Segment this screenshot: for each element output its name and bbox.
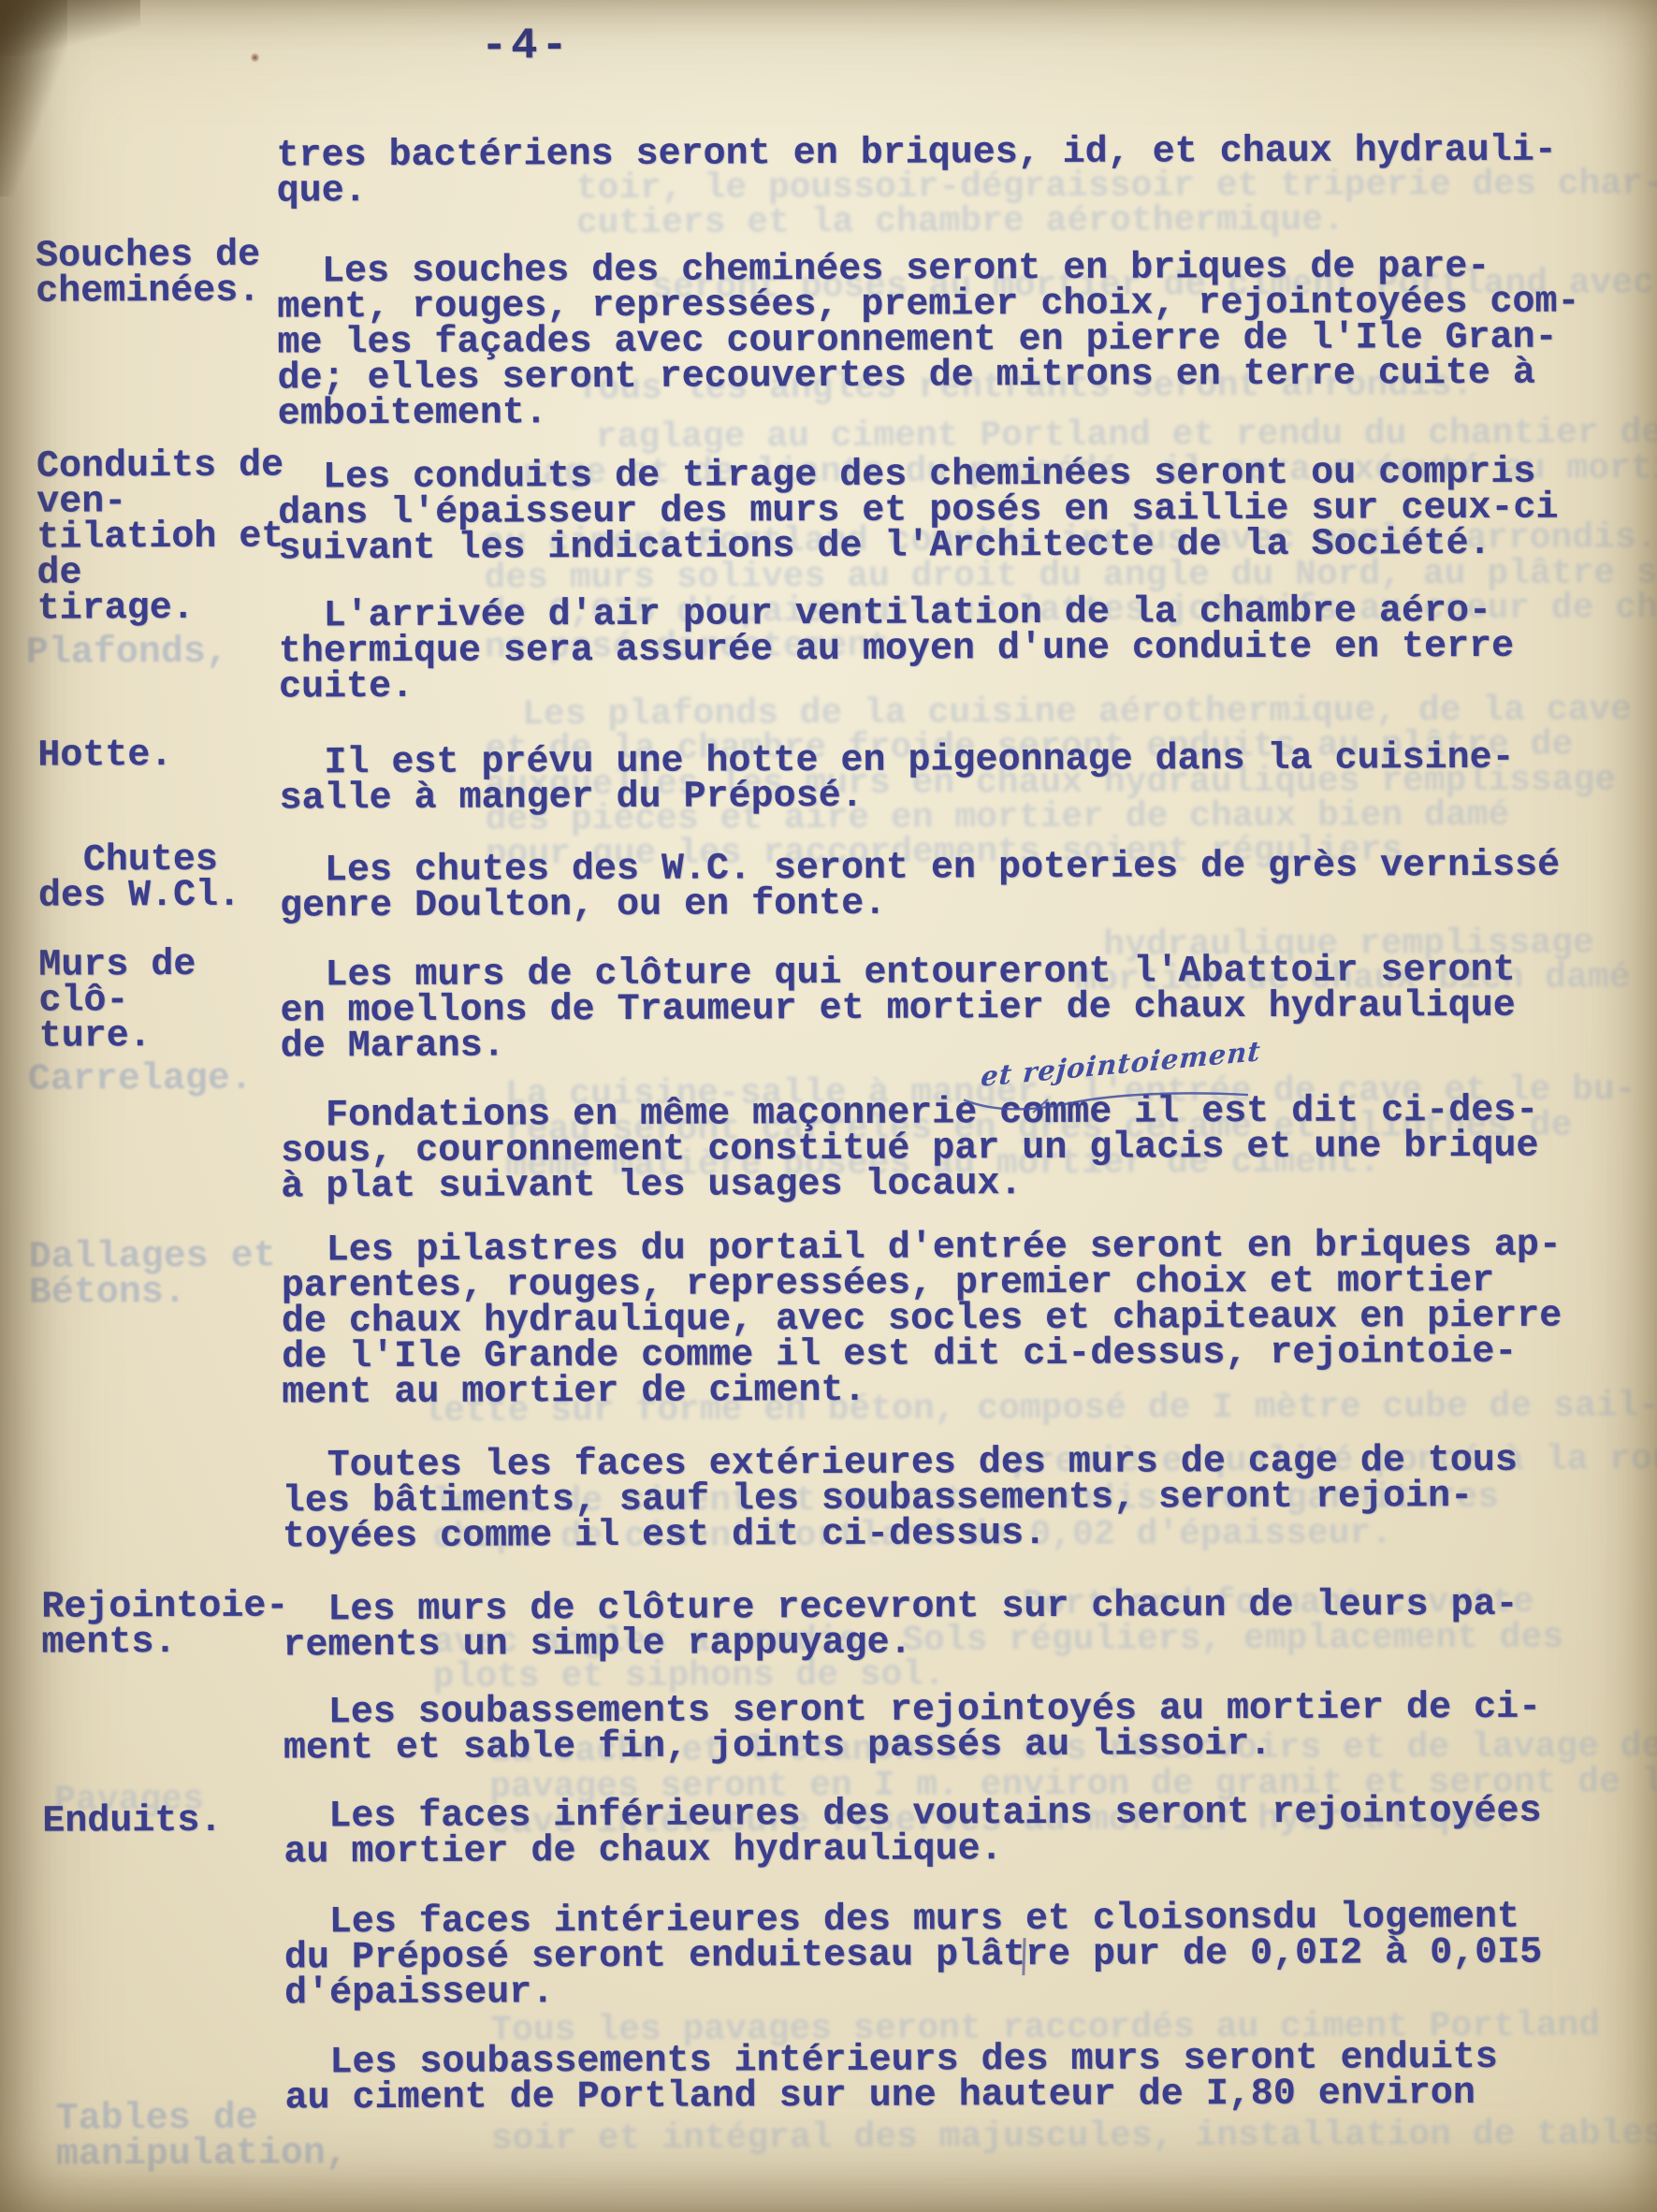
paragraph: L'arrivée d'air pour ventilation de la c… <box>279 593 1635 706</box>
paragraph: Les conduits de tirage des cheminées ser… <box>278 455 1635 567</box>
paragraph: Toutes les faces extérieures des murs de… <box>283 1443 1639 1555</box>
margin-label: Conduits de ven- tilatioh et de tirage. <box>36 448 299 627</box>
margin-label: Plafonds, <box>26 635 288 672</box>
paragraph: Les murs de clôture recevront sur chacun… <box>283 1587 1639 1664</box>
margin-label: Chutes des W.Cl. <box>38 842 300 914</box>
page-number: -4- <box>481 22 572 71</box>
paragraph: Les murs de clôture qui entoureront l'Ab… <box>280 953 1636 1065</box>
bleedthrough-line: soir et intégral des majuscules, install… <box>491 2117 1657 2157</box>
paragraph: Il est prévu une hotte en pigeonnage dan… <box>279 740 1635 817</box>
annotation-flourish <box>958 1070 1276 1114</box>
handwritten-annotation: et rejointoiement <box>981 1046 1289 1116</box>
margin-label: Souches de cheminées. <box>36 238 298 310</box>
paragraph: tres bactériens seront en briques, id, e… <box>276 133 1633 210</box>
margin-label: Carrelage. <box>28 1062 290 1099</box>
paragraph: Les chutes des W.C. seront en poteries d… <box>280 848 1636 924</box>
paragraph: Les soubassements intérieurs des murs se… <box>284 2040 1641 2117</box>
paragraph: Les soubassements seront rejointoyés au … <box>283 1690 1640 1767</box>
paragraph: Les faces inférieures des voutains seron… <box>283 1794 1640 1870</box>
bleedthrough-line: cutiers et la chambre aérothermique. <box>576 203 1344 242</box>
margin-label: Hotte. <box>37 737 299 774</box>
margin-label: Rejointoie- ments. <box>41 1589 303 1661</box>
margin-label: Murs de clô- ture. <box>38 947 300 1055</box>
paragraph: Les pilastres du portail d'entrée seront… <box>282 1228 1639 1411</box>
paragraph: Les faces intérieures des murs et cloiso… <box>284 1899 1641 2012</box>
margin-label: Dallages et Bétons. <box>29 1240 291 1312</box>
content-layer: -4- et rejointoiement toir, le poussoir-… <box>0 0 1657 2212</box>
margin-label: Tables de manipulation, <box>56 2101 318 2173</box>
paragraph: Les souches des cheminées seront en briq… <box>277 249 1635 432</box>
document-page: -4- et rejointoiement toir, le poussoir-… <box>0 0 1657 2212</box>
margin-label: Enduits. <box>42 1803 304 1840</box>
